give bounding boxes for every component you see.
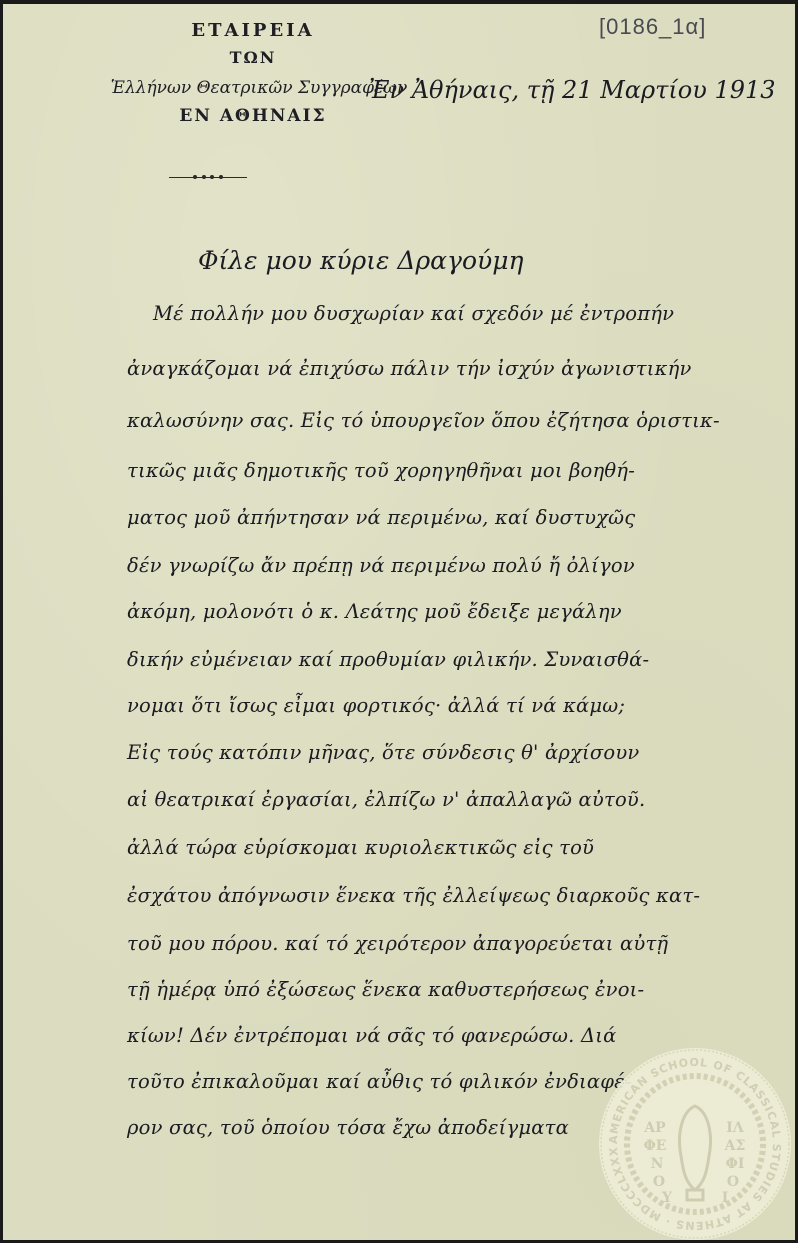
body-line: τοῦτο ἐπικαλοῦμαι καί αὖθις τό φιλικόν ἐ… [127, 1070, 632, 1093]
date-line: Ἐν Ἀθήναις, τῇ 21 Μαρτίου 1913 [369, 76, 776, 104]
body-line: τικῶς μιᾶς δημοτικῆς τοῦ χορηγηθῆναι μοι… [127, 459, 635, 482]
body-line: δικήν εὐμένειαν καί προθυμίαν φιλικήν. Σ… [127, 648, 649, 671]
svg-text:Ο: Ο [727, 1174, 739, 1190]
svg-text:Υ: Υ [661, 1190, 673, 1206]
body-line: ἀναγκάζομαι νά ἐπιχύσω πάλιν τήν ἰσχύν ἀ… [127, 357, 692, 380]
body-line: τοῦ μου πόρου. καί τό χειρότερον ἀπαγορε… [127, 932, 668, 955]
svg-text:Ι: Ι [722, 1190, 729, 1206]
svg-text:ΦΙ: ΦΙ [726, 1156, 745, 1172]
letterhead-line-1: ΕΤΑΙΡΕΙΑ [103, 20, 403, 41]
body-line: τῇ ἡμέρᾳ ὑπό ἐξώσεως ἕνεκα καθυστερήσεως… [127, 978, 644, 1001]
body-line: καλωσύνην σας. Εἰς τό ὑπουργεῖον ὅπου ἐζ… [127, 409, 720, 432]
letterhead-ornament-icon [169, 174, 247, 180]
body-line: κίων! Δέν ἐντρέπομαι νά σᾶς τό φανερώσω.… [127, 1024, 616, 1047]
archive-seal-icon: AMERICAN SCHOOL OF CLASSICAL STUDIES AT … [597, 1046, 793, 1242]
archive-reference-label: [0186_1α] [599, 14, 706, 40]
svg-text:ΑΡ: ΑΡ [643, 1120, 666, 1136]
body-line: ρον σας, τοῦ ὁποίου τόσα ἔχω ἀποδείγματα [127, 1116, 569, 1139]
body-line: ματος μοῦ ἀπήντησαν νά περιμένω, καί δυσ… [127, 506, 635, 529]
svg-text:ΦΕ: ΦΕ [644, 1138, 667, 1154]
body-line: αἱ θεατρικαί ἐργασίαι, ἐλπίζω ν' ἀπαλλαγ… [127, 788, 645, 811]
body-line: ἀκόμη, μολονότι ὁ κ. Λεάτης μοῦ ἔδειξε μ… [127, 600, 622, 623]
salutation: Φίλε μου κύριε Δραγούμη [198, 246, 523, 275]
svg-text:Ν: Ν [651, 1156, 664, 1172]
body-line: Μέ πολλήν μου δυσχωρίαν καί σχεδόν μέ ἐν… [153, 302, 674, 325]
body-line: δέν γνωρίζω ἄν πρέπῃ νά περιμένω πολύ ἤ … [127, 554, 635, 577]
body-line: ἐσχάτου ἀπόγνωσιν ἕνεκα τῆς ἐλλείψεως δι… [127, 884, 700, 907]
svg-text:Ο: Ο [653, 1174, 665, 1190]
letterhead-line-2: ΤΩΝ [103, 48, 403, 67]
body-line: Εἰς τούς κατόπιν μῆνας, ὅτε σύνδεσις θ' … [127, 741, 639, 764]
body-line: νομαι ὅτι ἴσως εἶμαι φορτικός· ἀλλά τί ν… [127, 694, 625, 717]
body-line: ἀλλά τώρα εὑρίσκομαι κυριολεκτικῶς εἰς τ… [127, 836, 594, 859]
letterhead-line-4: ΕΝ ΑΘΗΝΑΙΣ [103, 106, 403, 126]
svg-text:ΑΣ: ΑΣ [724, 1138, 746, 1154]
svg-text:ΙΛ: ΙΛ [726, 1120, 745, 1136]
